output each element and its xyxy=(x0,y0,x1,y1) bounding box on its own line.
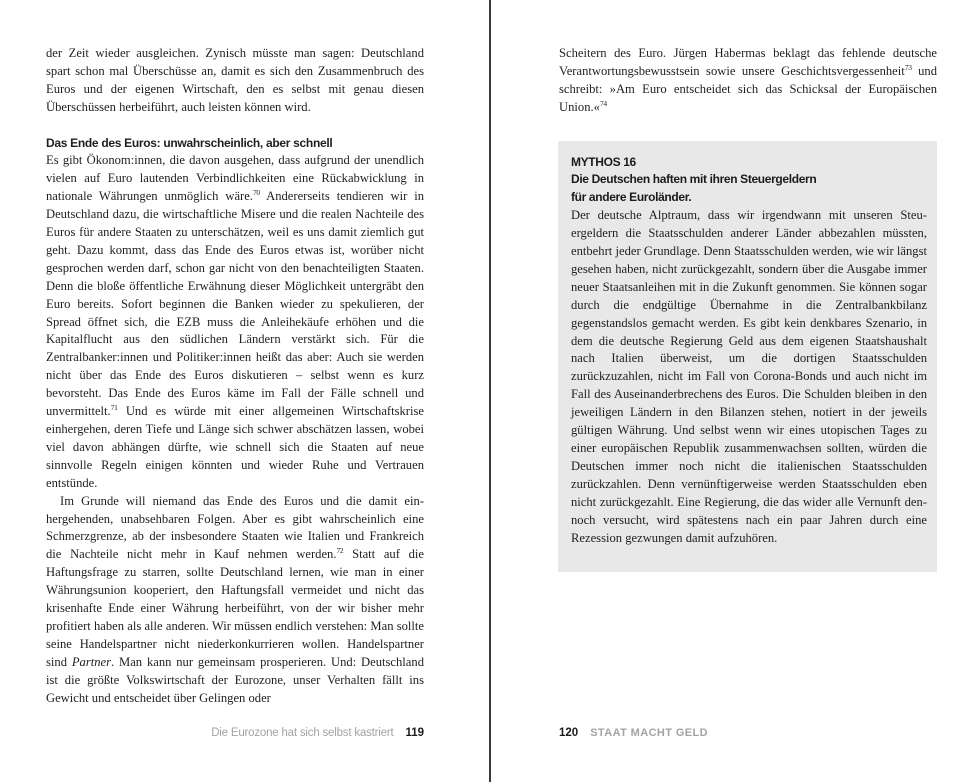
paragraph-text: Statt auf die Haftungsfrage zu starren, … xyxy=(46,547,424,668)
page-number: 120 xyxy=(559,727,578,739)
left-page: der Zeit wieder ausgleichen. Zynisch müs… xyxy=(0,0,489,782)
footnote-marker[interactable]: 74 xyxy=(600,99,607,108)
running-title: STAAT MACHT GELD xyxy=(590,727,708,739)
right-page-body: Scheitern des Euro. Jürgen Habermas bekl… xyxy=(559,45,937,117)
emphasis-text: Partner xyxy=(72,655,111,669)
footnote-marker[interactable]: 73 xyxy=(905,63,912,72)
footnote-marker[interactable]: 70 xyxy=(253,188,260,197)
paragraph-text: Andererseits tendie­ren wir in Deutschla… xyxy=(46,189,424,418)
right-page-footer: 120STAAT MACHT GELD xyxy=(559,726,708,740)
footnote-marker[interactable]: 71 xyxy=(111,403,118,412)
section-heading: Das Ende des Euros: unwahrscheinlich, ab… xyxy=(46,135,424,153)
left-page-body: der Zeit wieder ausgleichen. Zynisch müs… xyxy=(46,45,424,708)
continued-paragraph: Scheitern des Euro. Jürgen Habermas bekl… xyxy=(559,45,937,117)
book-gutter-divider xyxy=(489,0,491,782)
book-spread: der Zeit wieder ausgleichen. Zynisch müs… xyxy=(0,0,978,782)
running-title: Die Eurozone hat sich selbst kastriert xyxy=(211,727,393,739)
myth-sidebar-box: MYTHOS 16 Die Deutschen haften mit ihren… xyxy=(558,141,937,572)
myth-label: MYTHOS 16 xyxy=(571,154,927,171)
continued-paragraph: der Zeit wieder ausgleichen. Zynisch müs… xyxy=(46,45,424,117)
myth-title: Die Deutschen haften mit ihren Steuergel… xyxy=(571,171,831,206)
myth-body: Der deutsche Alptraum, dass wir irgendwa… xyxy=(571,207,927,547)
paragraph-im-grunde: Im Grunde will niemand das Ende des Euro… xyxy=(46,493,424,708)
paragraph-text: Scheitern des Euro. Jürgen Habermas bekl… xyxy=(559,46,937,78)
paragraph-ende-des-euros: Es gibt Ökonom:innen, die davon ausgehen… xyxy=(46,152,424,492)
left-page-footer: Die Eurozone hat sich selbst kastriert11… xyxy=(211,726,424,740)
right-page: Scheitern des Euro. Jürgen Habermas bekl… xyxy=(492,0,978,782)
page-number: 119 xyxy=(405,727,424,739)
